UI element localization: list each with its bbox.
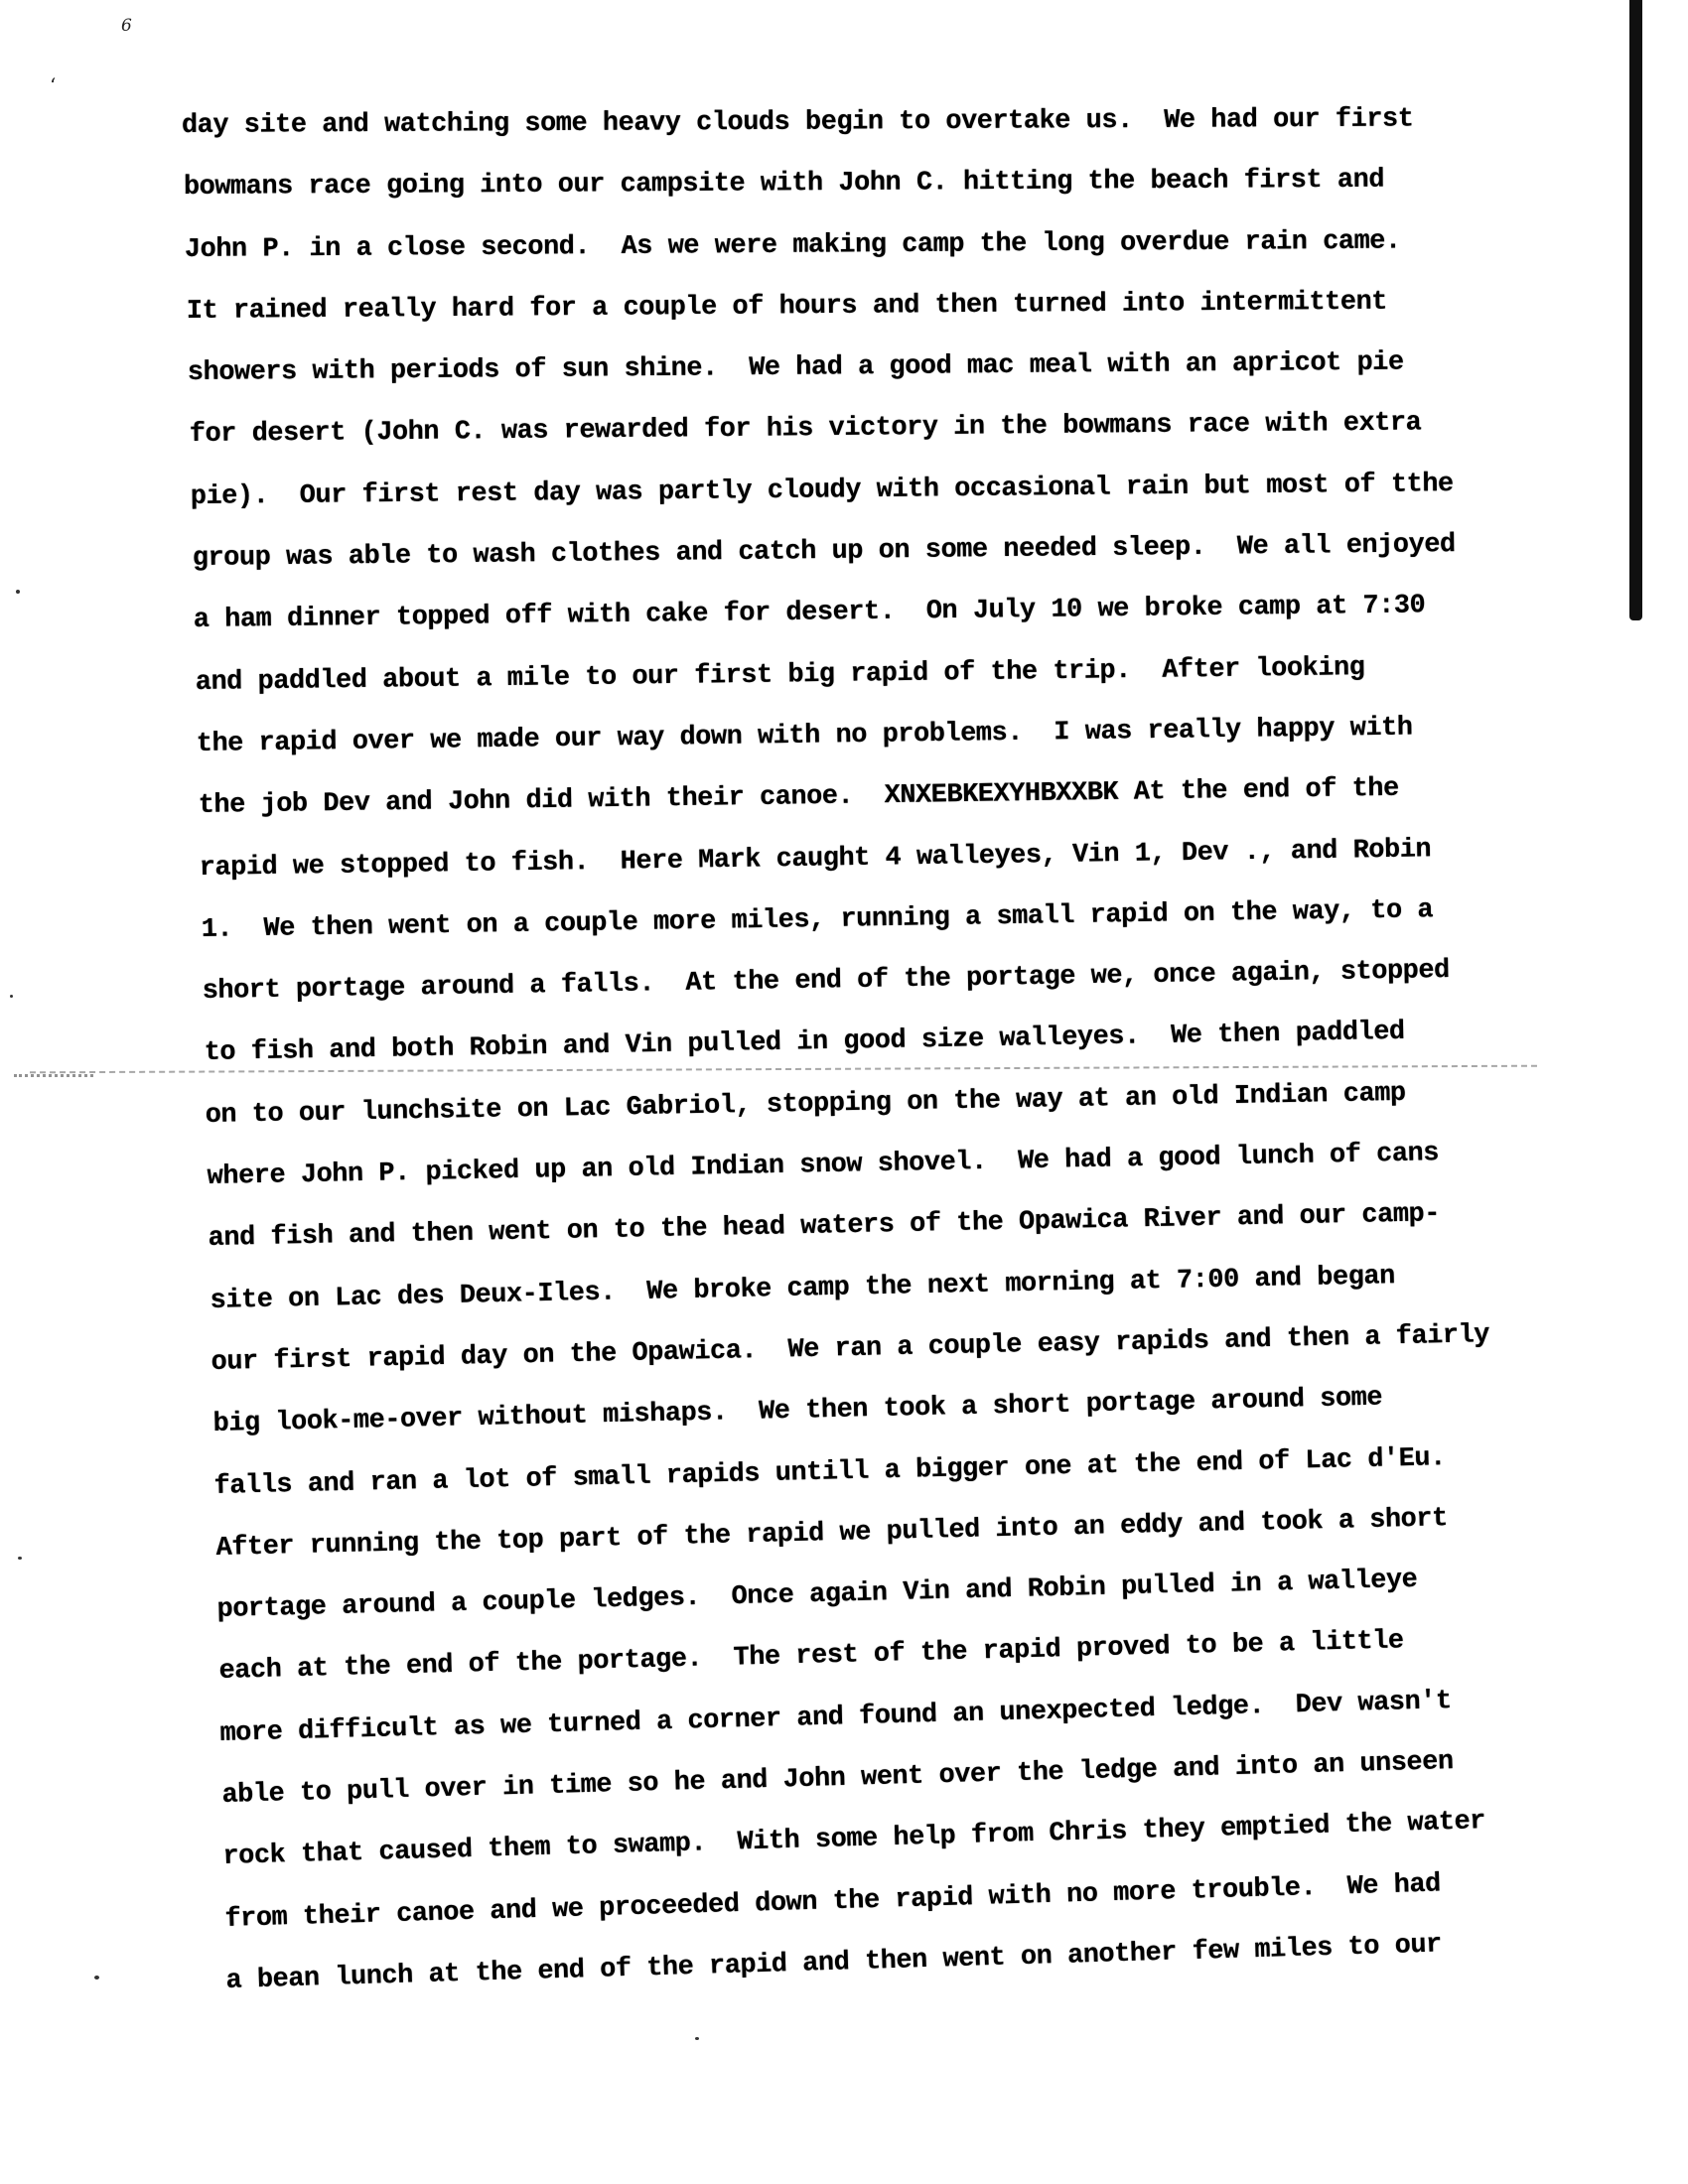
text-line: John P. in a close second. As we were ma…	[185, 225, 1572, 297]
scanned-page: 6 ‘ day site and watching some heavy clo…	[0, 0, 1688, 2184]
scan-speck	[695, 2037, 699, 2040]
scanner-edge-bar	[1629, 0, 1642, 620]
stray-mark-top: 6	[121, 16, 132, 36]
document-text: day site and watching some heavy clouds …	[182, 111, 1572, 2028]
fold-line-left-segment	[14, 1074, 93, 1077]
text-line: day site and watching some heavy clouds …	[182, 104, 1572, 174]
scan-speck	[94, 1976, 99, 1979]
stray-mark-left: ‘	[50, 73, 56, 97]
scan-speck	[16, 590, 20, 594]
text-line: bowmans race going into our campsite wit…	[183, 165, 1572, 235]
scan-speck	[10, 995, 13, 998]
scan-speck	[18, 1557, 22, 1560]
